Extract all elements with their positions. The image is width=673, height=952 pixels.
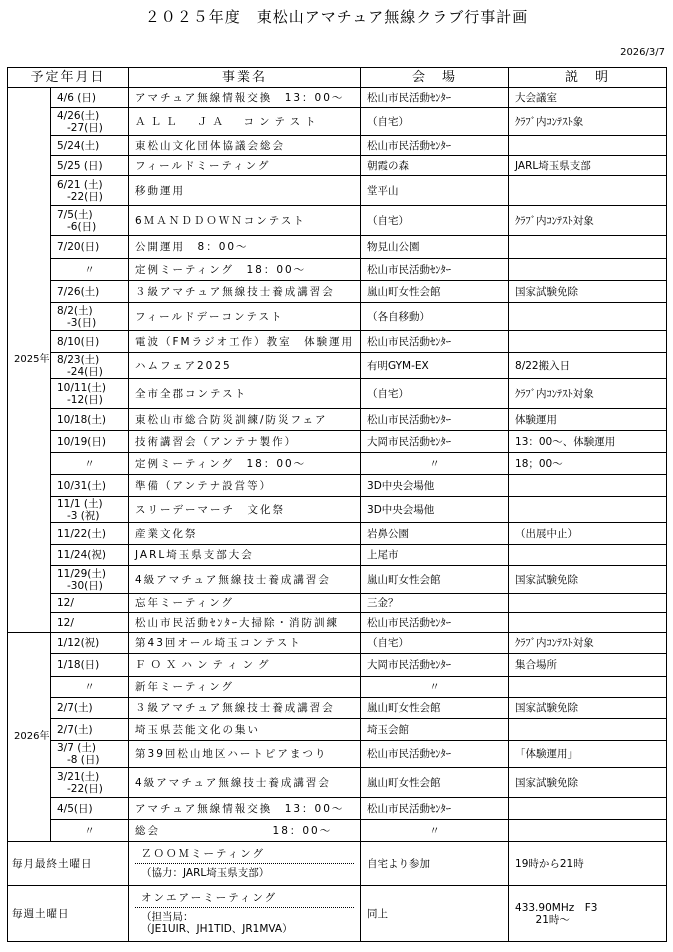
table-row: 〃定例ミーティング 18：00～松山市民活動ｾﾝﾀｰ — [8, 259, 667, 281]
recurring-event-detail-line2: （JE1UIR、JH1TID、JR1MVA） — [141, 923, 348, 935]
column-header-venue: 会 場 — [361, 68, 509, 88]
date-cell: 3/21(土)-22(日) — [51, 768, 129, 798]
end-date: -30(日) — [57, 580, 122, 592]
venue: 三金？ — [361, 594, 509, 613]
start-date: 11/29(土) — [57, 568, 106, 580]
note — [509, 545, 667, 566]
event-name: 移動運用 — [129, 176, 361, 206]
venue: 〃 — [361, 820, 509, 842]
end-date: -24(日) — [57, 366, 122, 378]
event-name: ハムフェア2025 — [129, 353, 361, 379]
date-cell: 12/ — [51, 613, 129, 633]
recurring-note: 19時から21時 — [509, 842, 667, 886]
venue: 松山市民活動ｾﾝﾀｰ — [361, 259, 509, 281]
venue: 松山市民活動ｾﾝﾀｰ — [361, 136, 509, 156]
document-date: 2026/3/7 — [620, 47, 665, 58]
note — [509, 236, 667, 259]
venue: 松山市民活動ｾﾝﾀｰ — [361, 88, 509, 108]
date-cell: 6/21 (土)-22(日) — [51, 176, 129, 206]
table-row: 2026年1/12(祝)第43回オール埼玉コンテスト（自宅）ｸﾗﾌﾞ内ｺﾝﾃｽﾄ… — [8, 633, 667, 654]
event-name: アマチュア無線情報交換 13：00～ — [129, 88, 361, 108]
date-cell: 〃 — [51, 820, 129, 842]
recurring-row: 毎月最終土曜日ＺＯＯＭミーティング（協力：JARL埼玉県支部）自宅より参加19時… — [8, 842, 667, 886]
event-name: 技術講習会（アンテナ製作） — [129, 431, 361, 453]
start-date: 10/11(土) — [57, 382, 106, 394]
note — [509, 331, 667, 353]
date-cell: 8/10(日) — [51, 331, 129, 353]
end-date: -22(日) — [57, 191, 122, 203]
recurring-event: ＺＯＯＭミーティング（協力：JARL埼玉県支部） — [129, 842, 361, 886]
event-name: 総会 18：00～ — [129, 820, 361, 842]
date-cell: 10/18(土) — [51, 409, 129, 431]
end-date: -8 (日) — [57, 754, 122, 766]
note: 8/22搬入日 — [509, 353, 667, 379]
venue: （自宅） — [361, 108, 509, 136]
table-row: 5/24(土)東松山文化団体協議会総会松山市民活動ｾﾝﾀｰ — [8, 136, 667, 156]
note: JARL埼玉県支部 — [509, 156, 667, 176]
event-name: 定例ミーティング 18：00～ — [129, 453, 361, 475]
note — [509, 259, 667, 281]
start-date: 6/21 (土) — [57, 179, 103, 191]
date-cell: 4/5(日) — [51, 798, 129, 820]
note — [509, 136, 667, 156]
venue: （自宅） — [361, 633, 509, 654]
event-name: 定例ミーティング 18：00～ — [129, 259, 361, 281]
venue: 岩鼻公園 — [361, 523, 509, 545]
event-name: スリーデーマーチ 文化祭 — [129, 497, 361, 523]
date-cell: 〃 — [51, 677, 129, 698]
note: 集合場所 — [509, 654, 667, 677]
note: ｸﾗﾌﾞ内ｺﾝﾃｽﾄ対象 — [509, 633, 667, 654]
venue: 松山市民活動ｾﾝﾀｰ — [361, 613, 509, 633]
venue: 大岡市民活動ｾﾝﾀｰ — [361, 431, 509, 453]
date-cell: 3/7 (土)-8 (日) — [51, 741, 129, 768]
table-row: 〃総会 18：00～〃 — [8, 820, 667, 842]
event-name: 第39回松山地区ハートピアまつり — [129, 741, 361, 768]
note: 国家試験免除 — [509, 698, 667, 719]
schedule-table: 予定年月日 事業名 会 場 説 明 2025年4/6 (日)アマチュア無線情報交… — [7, 67, 667, 942]
note: 大会議室 — [509, 88, 667, 108]
recurring-venue: 自宅より参加 — [361, 842, 509, 886]
event-name: 公開運用 8：00～ — [129, 236, 361, 259]
start-date: 11/1 (土) — [57, 498, 103, 510]
event-name: 第43回オール埼玉コンテスト — [129, 633, 361, 654]
event-name: 忘年ミーティング — [129, 594, 361, 613]
table-row: 3/21(土)-22(日)4級アマチュア無線技士養成講習会嵐山町女性会館国家試験… — [8, 768, 667, 798]
recurring-event: オンエアーミーティング（担当局：（JE1UIR、JH1TID、JR1MVA） — [129, 886, 361, 942]
event-name: フィールドミーティング — [129, 156, 361, 176]
end-date: -27(日) — [57, 122, 122, 134]
column-header-event: 事業名 — [129, 68, 361, 88]
table-row: 2/7(土)埼玉県芸能文化の集い埼玉会館 — [8, 719, 667, 741]
table-row: 11/29(土)-30(日)4級アマチュア無線技士養成講習会嵐山町女性会館国家試… — [8, 566, 667, 594]
note: ｸﾗﾌﾞ内ｺﾝﾃｽﾄ象 — [509, 108, 667, 136]
venue: 堂平山 — [361, 176, 509, 206]
event-name: 新年ミーティング — [129, 677, 361, 698]
table-row: 8/23(土)-24(日)ハムフェア2025有明GYM-EX8/22搬入日 — [8, 353, 667, 379]
date-cell: 4/26(土)-27(日) — [51, 108, 129, 136]
venue: 3D中央会場他 — [361, 475, 509, 497]
venue: 嵐山町女性会館 — [361, 698, 509, 719]
table-row: 3/7 (土)-8 (日)第39回松山地区ハートピアまつり松山市民活動ｾﾝﾀｰ「… — [8, 741, 667, 768]
date-cell: 7/20(日) — [51, 236, 129, 259]
event-name: JARL埼玉県支部大会 — [129, 545, 361, 566]
note — [509, 303, 667, 331]
table-row: 7/26(土)３級アマチュア無線技士養成講習会嵐山町女性会館国家試験免除 — [8, 281, 667, 303]
year-cell-2026: 2026年 — [8, 633, 51, 842]
end-date: -22(日) — [57, 783, 122, 795]
recurring-event-title: ＺＯＯＭミーティング — [135, 845, 354, 864]
venue: 松山市民活動ｾﾝﾀｰ — [361, 331, 509, 353]
event-name: 東松山市総合防災訓練/防災フェア — [129, 409, 361, 431]
table-row: 7/20(日)公開運用 8：00～物見山公園 — [8, 236, 667, 259]
venue: （自宅） — [361, 379, 509, 409]
event-name: 4級アマチュア無線技士養成講習会 — [129, 768, 361, 798]
event-name: ３級アマチュア無線技士養成講習会 — [129, 281, 361, 303]
table-row: 7/5(土)-6(日)6ＭＡＮＤＤＯＷＮコンテスト（自宅）ｸﾗﾌﾞ内ｺﾝﾃｽﾄ対… — [8, 206, 667, 236]
table-row: 11/24(祝)JARL埼玉県支部大会上尾市 — [8, 545, 667, 566]
year-cell-2025: 2025年 — [8, 88, 51, 633]
start-date: 8/2(土) — [57, 305, 93, 317]
note: ｸﾗﾌﾞ内ｺﾝﾃｽﾄ対象 — [509, 379, 667, 409]
recurring-label: 毎週土曜日 — [8, 886, 129, 942]
recurring-venue: 同上 — [361, 886, 509, 942]
start-date: 3/21(土) — [57, 771, 99, 783]
note: 「体験運用」 — [509, 741, 667, 768]
recurring-event-detail-line1: （担当局： — [141, 911, 348, 923]
table-row: 10/18(土)東松山市総合防災訓練/防災フェア松山市民活動ｾﾝﾀｰ体験運用 — [8, 409, 667, 431]
table-row: 8/10(日)電波（FMラジオ工作）教室 体験運用松山市民活動ｾﾝﾀｰ — [8, 331, 667, 353]
table-row: 〃定例ミーティング 18：00～〃18；00～ — [8, 453, 667, 475]
event-name: ＡＬＬ ＪＡ コンテスト — [129, 108, 361, 136]
venue: 埼玉会館 — [361, 719, 509, 741]
note: （出展中止） — [509, 523, 667, 545]
table-header-row: 予定年月日 事業名 会 場 説 明 — [8, 68, 667, 88]
recurring-note: 433.90MHz F3 21時～ — [509, 886, 667, 942]
note: 18；00～ — [509, 453, 667, 475]
table-row: 4/5(日)アマチュア無線情報交換 13：00～松山市民活動ｾﾝﾀｰ — [8, 798, 667, 820]
date-cell: 11/29(土)-30(日) — [51, 566, 129, 594]
recurring-event-detail: （協力：JARL埼玉県支部） — [135, 864, 354, 882]
column-header-date: 予定年月日 — [8, 68, 129, 88]
recurring-note-line1: 19時から21時 — [515, 858, 660, 870]
end-date: -6(日) — [57, 221, 122, 233]
recurring-event-title: オンエアーミーティング — [135, 889, 354, 908]
end-date: -3(日) — [57, 317, 122, 329]
venue: 大岡市民活動ｾﾝﾀｰ — [361, 654, 509, 677]
date-cell: 5/24(土) — [51, 136, 129, 156]
schedule-body: 2025年4/6 (日)アマチュア無線情報交換 13：00～松山市民活動ｾﾝﾀｰ… — [8, 88, 667, 942]
date-cell: 7/5(土)-6(日) — [51, 206, 129, 236]
table-row: 4/26(土)-27(日)ＡＬＬ ＪＡ コンテスト（自宅）ｸﾗﾌﾞ内ｺﾝﾃｽﾄ象 — [8, 108, 667, 136]
date-cell: 4/6 (日) — [51, 88, 129, 108]
venue: 有明GYM-EX — [361, 353, 509, 379]
note: 国家試験免除 — [509, 566, 667, 594]
table-row: 10/31(土)準備（アンテナ設営等）3D中央会場他 — [8, 475, 667, 497]
event-name: 全市全郡コンテスト — [129, 379, 361, 409]
venue: 朝霞の森 — [361, 156, 509, 176]
date-cell: 11/1 (土)-3 (祝) — [51, 497, 129, 523]
venue: （各自移動） — [361, 303, 509, 331]
start-date: 3/7 (土) — [57, 742, 96, 754]
venue: 松山市民活動ｾﾝﾀｰ — [361, 409, 509, 431]
event-name: 準備（アンテナ設営等） — [129, 475, 361, 497]
venue: 嵐山町女性会館 — [361, 281, 509, 303]
date-cell: 5/25 (日) — [51, 156, 129, 176]
venue: 松山市民活動ｾﾝﾀｰ — [361, 798, 509, 820]
note: 13：00～、体験運用 — [509, 431, 667, 453]
recurring-event-detail: （担当局：（JE1UIR、JH1TID、JR1MVA） — [135, 908, 354, 938]
event-name: 電波（FMラジオ工作）教室 体験運用 — [129, 331, 361, 353]
date-cell: 〃 — [51, 259, 129, 281]
table-row: 10/11(土)-12(日)全市全郡コンテスト（自宅）ｸﾗﾌﾞ内ｺﾝﾃｽﾄ対象 — [8, 379, 667, 409]
table-row: 12/忘年ミーティング三金？ — [8, 594, 667, 613]
venue: 〃 — [361, 453, 509, 475]
recurring-event-detail-line1: （協力：JARL埼玉県支部） — [141, 867, 348, 879]
venue: 嵐山町女性会館 — [361, 566, 509, 594]
end-date: -3 (祝) — [57, 510, 122, 522]
note: 国家試験免除 — [509, 281, 667, 303]
recurring-label: 毎月最終土曜日 — [8, 842, 129, 886]
date-cell: 10/31(土) — [51, 475, 129, 497]
table-row: 1/18(日)ＦＯＸハンティング大岡市民活動ｾﾝﾀｰ集合場所 — [8, 654, 667, 677]
date-cell: 2/7(土) — [51, 698, 129, 719]
event-name: ３級アマチュア無線技士養成講習会 — [129, 698, 361, 719]
note — [509, 497, 667, 523]
venue: 上尾市 — [361, 545, 509, 566]
note — [509, 613, 667, 633]
table-row: 5/25 (日)フィールドミーティング朝霞の森JARL埼玉県支部 — [8, 156, 667, 176]
note — [509, 176, 667, 206]
event-name: フィールドデーコンテスト — [129, 303, 361, 331]
note — [509, 798, 667, 820]
recurring-note-line2: 21時～ — [515, 914, 660, 926]
table-row: 2025年4/6 (日)アマチュア無線情報交換 13：00～松山市民活動ｾﾝﾀｰ… — [8, 88, 667, 108]
date-cell: 8/23(土)-24(日) — [51, 353, 129, 379]
date-cell: 〃 — [51, 453, 129, 475]
date-cell: 10/11(土)-12(日) — [51, 379, 129, 409]
recurring-row: 毎週土曜日オンエアーミーティング（担当局：（JE1UIR、JH1TID、JR1M… — [8, 886, 667, 942]
venue: 物見山公園 — [361, 236, 509, 259]
table-row: 10/19(日)技術講習会（アンテナ製作）大岡市民活動ｾﾝﾀｰ13：00～、体験… — [8, 431, 667, 453]
event-name: 埼玉県芸能文化の集い — [129, 719, 361, 741]
date-cell: 1/12(祝) — [51, 633, 129, 654]
date-cell: 11/22(土) — [51, 523, 129, 545]
venue: （自宅） — [361, 206, 509, 236]
table-row: 6/21 (土)-22(日)移動運用堂平山 — [8, 176, 667, 206]
event-name: 4級アマチュア無線技士養成講習会 — [129, 566, 361, 594]
venue: 3D中央会場他 — [361, 497, 509, 523]
page-title: ２０２５年度 東松山アマチュア無線クラブ行事計画 — [0, 6, 673, 27]
event-name: ＦＯＸハンティング — [129, 654, 361, 677]
note — [509, 820, 667, 842]
start-date: 4/26(土) — [57, 110, 99, 122]
end-date: -12(日) — [57, 394, 122, 406]
date-cell: 7/26(土) — [51, 281, 129, 303]
event-name: 産業文化祭 — [129, 523, 361, 545]
column-header-note: 説 明 — [509, 68, 667, 88]
date-cell: 11/24(祝) — [51, 545, 129, 566]
note — [509, 594, 667, 613]
table-row: 8/2(土)-3(日)フィールドデーコンテスト（各自移動） — [8, 303, 667, 331]
note — [509, 719, 667, 741]
date-cell: 1/18(日) — [51, 654, 129, 677]
venue: 嵐山町女性会館 — [361, 768, 509, 798]
venue: 〃 — [361, 677, 509, 698]
note — [509, 677, 667, 698]
date-cell: 12/ — [51, 594, 129, 613]
event-name: 東松山文化団体協議会総会 — [129, 136, 361, 156]
note — [509, 475, 667, 497]
start-date: 7/5(土) — [57, 209, 93, 221]
event-name: アマチュア無線情報交換 13：00～ — [129, 798, 361, 820]
event-name: 6ＭＡＮＤＤＯＷＮコンテスト — [129, 206, 361, 236]
note: 体験運用 — [509, 409, 667, 431]
event-name: 松山市民活動ｾﾝﾀｰ大掃除・消防訓練 — [129, 613, 361, 633]
note: ｸﾗﾌﾞ内ｺﾝﾃｽﾄ対象 — [509, 206, 667, 236]
date-cell: 2/7(土) — [51, 719, 129, 741]
table-row: 2/7(土)３級アマチュア無線技士養成講習会嵐山町女性会館国家試験免除 — [8, 698, 667, 719]
table-row: 〃新年ミーティング〃 — [8, 677, 667, 698]
venue: 松山市民活動ｾﾝﾀｰ — [361, 741, 509, 768]
table-row: 12/松山市民活動ｾﾝﾀｰ大掃除・消防訓練松山市民活動ｾﾝﾀｰ — [8, 613, 667, 633]
start-date: 8/23(土) — [57, 354, 99, 366]
table-row: 11/22(土)産業文化祭岩鼻公園（出展中止） — [8, 523, 667, 545]
date-cell: 10/19(日) — [51, 431, 129, 453]
date-cell: 8/2(土)-3(日) — [51, 303, 129, 331]
recurring-note-line1: 433.90MHz F3 — [515, 902, 660, 914]
table-row: 11/1 (土)-3 (祝)スリーデーマーチ 文化祭3D中央会場他 — [8, 497, 667, 523]
note: 国家試験免除 — [509, 768, 667, 798]
